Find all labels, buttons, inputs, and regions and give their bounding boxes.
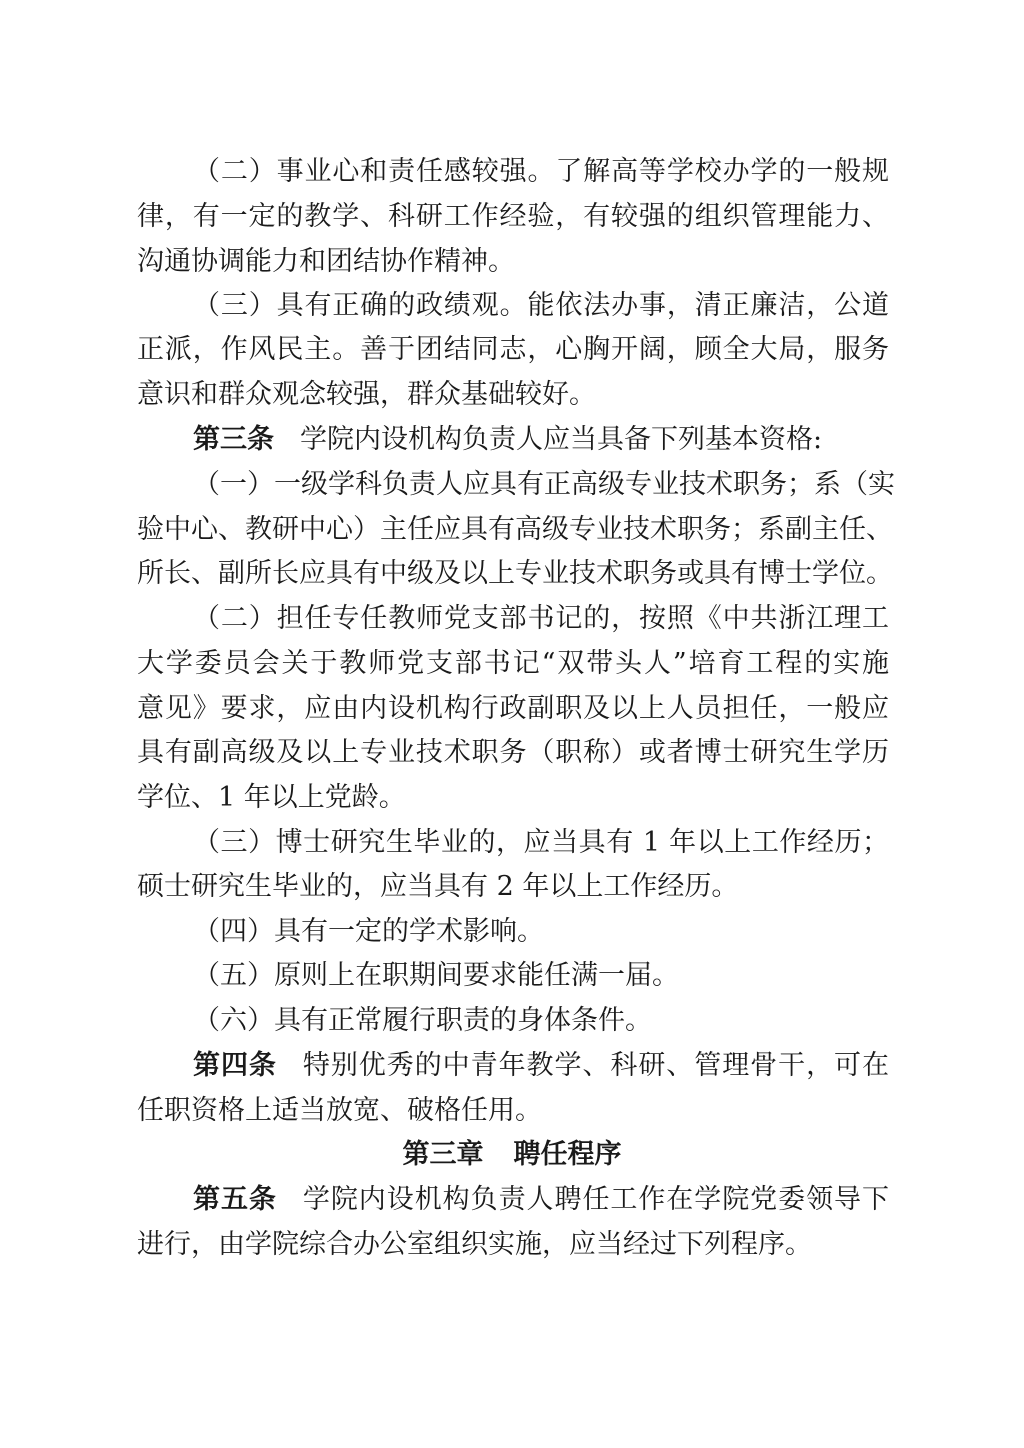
article-5-line: 第五条学院内设机构负责人聘任工作在学院党委领导下 bbox=[193, 1178, 889, 1222]
paragraph-line: 学位、1 年以上党龄。 bbox=[137, 776, 889, 820]
paragraph-line: （五）原则上在职期间要求能任满一届。 bbox=[193, 954, 889, 998]
paragraph-line: 意识和群众观念较强，群众基础较好。 bbox=[137, 373, 889, 417]
paragraph-line: 进行，由学院综合办公室组织实施，应当经过下列程序。 bbox=[137, 1223, 889, 1267]
paragraph-line: （三）具有正确的政绩观。能依法办事，清正廉洁，公道 bbox=[193, 284, 889, 328]
paragraph-line: （四）具有一定的学术影响。 bbox=[193, 910, 889, 954]
paragraph-line: 所长、副所长应具有中级及以上专业技术职务或具有博士学位。 bbox=[137, 552, 889, 596]
paragraph-line: （二）事业心和责任感较强。了解高等学校办学的一般规 bbox=[193, 150, 889, 194]
chapter-number: 第三章 bbox=[403, 1139, 484, 1170]
chapter-heading: 第三章聘任程序 bbox=[0, 1133, 1024, 1177]
paragraph-line: 沟通协调能力和团结协作精神。 bbox=[137, 240, 889, 284]
article-text: 学院内设机构负责人聘任工作在学院党委领导下 bbox=[303, 1184, 889, 1215]
paragraph-line: 律，有一定的教学、科研工作经验，有较强的组织管理能力、 bbox=[137, 195, 889, 239]
paragraph-line: 硕士研究生毕业的，应当具有 2 年以上工作经历。 bbox=[137, 865, 889, 909]
article-text: 特别优秀的中青年教学、科研、管理骨干，可在 bbox=[303, 1050, 889, 1081]
chapter-title: 聘任程序 bbox=[514, 1139, 622, 1170]
paragraph-line: （六）具有正常履行职责的身体条件。 bbox=[193, 999, 889, 1043]
article-number: 第三条 bbox=[193, 424, 274, 455]
article-3-line: 第三条学院内设机构负责人应当具备下列基本资格: bbox=[193, 418, 889, 462]
article-text: 学院内设机构负责人应当具备下列基本资格: bbox=[300, 424, 822, 455]
paragraph-line: （三）博士研究生毕业的，应当具有 1 年以上工作经历； bbox=[193, 821, 889, 865]
paragraph-line: （二）担任专任教师党支部书记的，按照《中共浙江理工 bbox=[193, 597, 889, 641]
paragraph-line: 大学委员会关于教师党支部书记“双带头人”培育工程的实施 bbox=[137, 642, 889, 686]
article-number: 第五条 bbox=[193, 1184, 277, 1215]
document-page: （二）事业心和责任感较强。了解高等学校办学的一般规 律，有一定的教学、科研工作经… bbox=[0, 0, 1024, 1448]
paragraph-line: 意见》要求，应由内设机构行政副职及以上人员担任，一般应 bbox=[137, 687, 889, 731]
article-number: 第四条 bbox=[193, 1050, 277, 1081]
paragraph-line: （一）一级学科负责人应具有正高级专业技术职务；系（实 bbox=[193, 463, 889, 507]
paragraph-line: 验中心、教研中心）主任应具有高级专业技术职务；系副主任、 bbox=[137, 508, 889, 552]
paragraph-line: 任职资格上适当放宽、破格任用。 bbox=[137, 1089, 889, 1133]
paragraph-line: 具有副高级及以上专业技术职务（职称）或者博士研究生学历 bbox=[137, 731, 889, 775]
article-4-line: 第四条特别优秀的中青年教学、科研、管理骨干，可在 bbox=[193, 1044, 889, 1088]
paragraph-line: 正派，作风民主。善于团结同志，心胸开阔，顾全大局，服务 bbox=[137, 328, 889, 372]
